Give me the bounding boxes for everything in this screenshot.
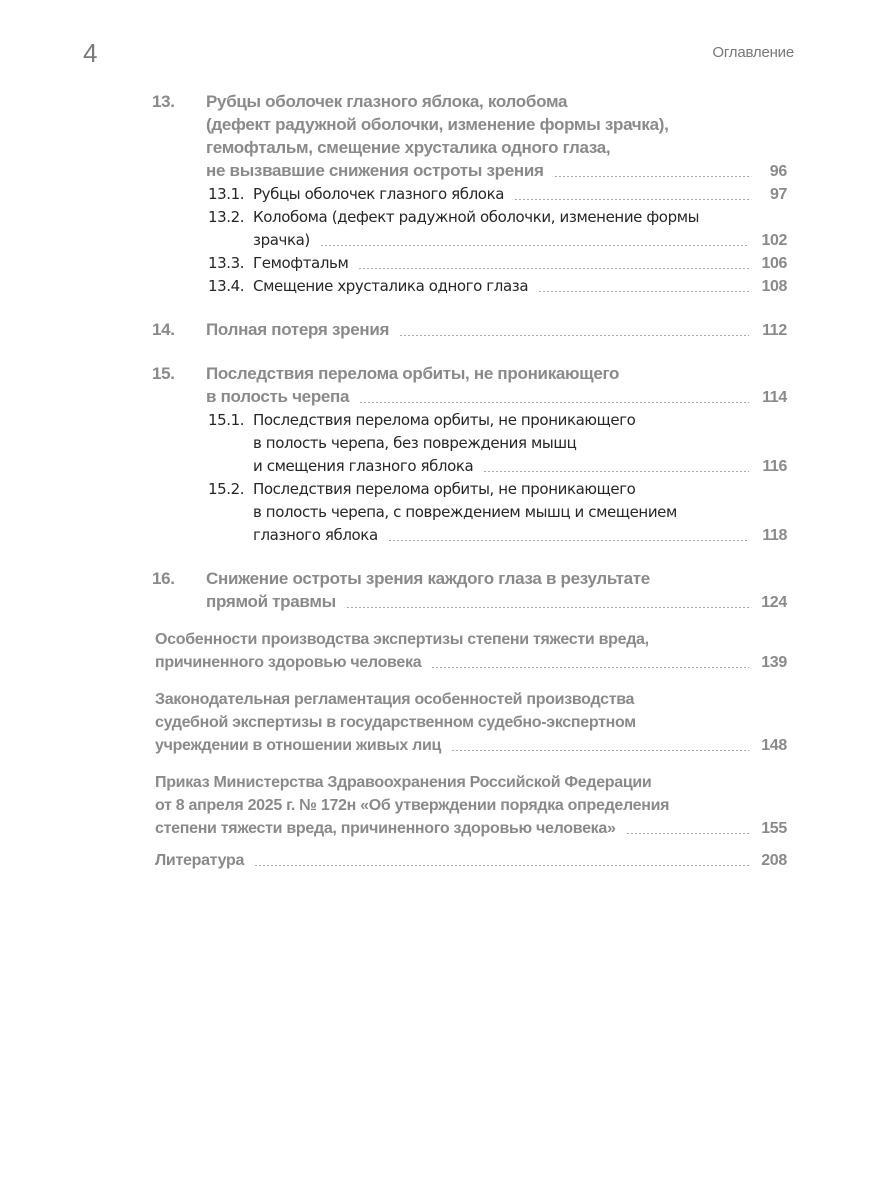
entry-number: 13.3. (208, 252, 250, 275)
page-ref: 208 (759, 849, 787, 872)
page-ref: 112 (759, 319, 787, 342)
entry-number: 13. (152, 90, 202, 113)
entry-number: 13.1. (208, 183, 250, 206)
entry-title-line: Последствия перелома орбиты, не проникаю… (206, 362, 619, 385)
page-ref: 155 (759, 817, 787, 840)
toc-section-ministry-order[interactable]: Приказ Министерства Здравоохранения Росс… (0, 771, 880, 840)
dot-leader (320, 245, 749, 246)
dot-leader (254, 865, 749, 866)
entry-title-line: от 8 апреля 2025 г. № 172н «Об утвержден… (155, 794, 669, 817)
entry-title-line: причиненного здоровью человека (155, 651, 421, 674)
toc-entry-13[interactable]: 13. Рубцы оболочек глазного яблока, коло… (0, 90, 880, 183)
dot-leader (358, 268, 749, 269)
entry-number: 13.4. (208, 275, 250, 298)
entry-title-line: Последствия перелома орбиты, не проникаю… (253, 478, 635, 501)
dot-leader (359, 402, 749, 403)
dot-leader (554, 176, 749, 177)
toc-section-expertise-features[interactable]: Особенности производства экспертизы степ… (0, 628, 880, 674)
entry-title-line: глазного яблока (253, 524, 378, 547)
entry-title-line: учреждении в отношении живых лиц (155, 734, 441, 757)
entry-title-line: степени тяжести вреда, причиненного здор… (155, 817, 616, 840)
entry-title-line: Колобома (дефект радужной оболочки, изме… (253, 206, 699, 229)
entry-title-line: Рубцы оболочек глазного яблока (253, 183, 504, 206)
entry-title-line: Законодательная регламентация особенност… (155, 688, 634, 711)
dot-leader (388, 540, 749, 541)
entry-title-line: гемофтальм, смещение хрусталика одного г… (206, 136, 610, 159)
toc-subentry-13-2[interactable]: 13.2. Колобома (дефект радужной оболочки… (0, 206, 880, 252)
entry-number: 15.1. (208, 409, 250, 432)
dot-leader (483, 471, 749, 472)
entry-title-line: зрачка) (253, 229, 310, 252)
toc-subentry-13-3[interactable]: 13.3. Гемофтальм106 (0, 252, 880, 275)
page-ref: 108 (759, 275, 787, 298)
entry-title-line: не вызвавшие снижения остроты зрения (206, 159, 544, 182)
table-of-contents: 13. Рубцы оболочек глазного яблока, коло… (0, 90, 880, 872)
dot-leader (626, 833, 749, 834)
entry-number: 15.2. (208, 478, 250, 501)
page-ref: 124 (759, 591, 787, 614)
dot-leader (431, 667, 749, 668)
entry-number: 15. (152, 362, 202, 385)
page-ref: 102 (759, 229, 787, 252)
page-ref: 106 (759, 252, 787, 275)
entry-title-line: Снижение остроты зрения каждого глаза в … (206, 567, 650, 590)
entry-title-line: (дефект радужной оболочки, изменение фор… (206, 113, 669, 136)
toc-section-legislative-regulation[interactable]: Законодательная регламентация особенност… (0, 688, 880, 757)
entry-title-line: Приказ Министерства Здравоохранения Росс… (155, 771, 651, 794)
dot-leader (451, 750, 749, 751)
toc-subentry-15-1[interactable]: 15.1. Последствия перелома орбиты, не пр… (0, 409, 880, 478)
entry-title-line: и смещения глазного яблока (253, 455, 473, 478)
entry-title-line: Смещение хрусталика одного глаза (253, 275, 528, 298)
entry-title-line: судебной экспертизы в государственном су… (155, 711, 636, 734)
toc-entry-14[interactable]: 14. Полная потеря зрения112 (0, 318, 880, 342)
page-number: 4 (83, 38, 97, 69)
toc-subentry-13-1[interactable]: 13.1. Рубцы оболочек глазного яблока97 (0, 183, 880, 206)
entry-title-line: Литература (155, 849, 244, 872)
entry-title-line: Полная потеря зрения (206, 318, 389, 341)
toc-section-literature[interactable]: Литература208 (0, 849, 880, 872)
dot-leader (538, 291, 749, 292)
toc-subentry-15-2[interactable]: 15.2. Последствия перелома орбиты, не пр… (0, 478, 880, 547)
toc-entry-16[interactable]: 16. Снижение остроты зрения каждого глаз… (0, 567, 880, 614)
page-ref: 118 (759, 524, 787, 547)
page-ref: 114 (759, 386, 787, 409)
page-ref: 148 (759, 734, 787, 757)
entry-title-line: Гемофтальм (253, 252, 348, 275)
page-ref: 97 (759, 183, 787, 206)
entry-number: 13.2. (208, 206, 250, 229)
entry-title-line: Особенности производства экспертизы степ… (155, 628, 649, 651)
toc-subentry-13-4[interactable]: 13.4. Смещение хрусталика одного глаза10… (0, 275, 880, 298)
running-head: Оглавление (712, 44, 794, 61)
dot-leader (399, 335, 749, 336)
page-ref: 116 (759, 455, 787, 478)
entry-title-line: в полость черепа, без повреждения мышц (253, 432, 576, 455)
toc-entry-15[interactable]: 15. Последствия перелома орбиты, не прон… (0, 362, 880, 409)
dot-leader (346, 607, 749, 608)
entry-title-line: прямой травмы (206, 590, 336, 613)
entry-number: 14. (152, 318, 202, 341)
entry-title-line: в полость черепа (206, 385, 349, 408)
page-ref: 96 (759, 160, 787, 183)
entry-title-line: Последствия перелома орбиты, не проникаю… (253, 409, 635, 432)
dot-leader (514, 199, 749, 200)
entry-title-line: Рубцы оболочек глазного яблока, колобома (206, 90, 567, 113)
entry-title-line: в полость черепа, с повреждением мышц и … (253, 501, 677, 524)
entry-number: 16. (152, 567, 202, 590)
page-ref: 139 (759, 651, 787, 674)
